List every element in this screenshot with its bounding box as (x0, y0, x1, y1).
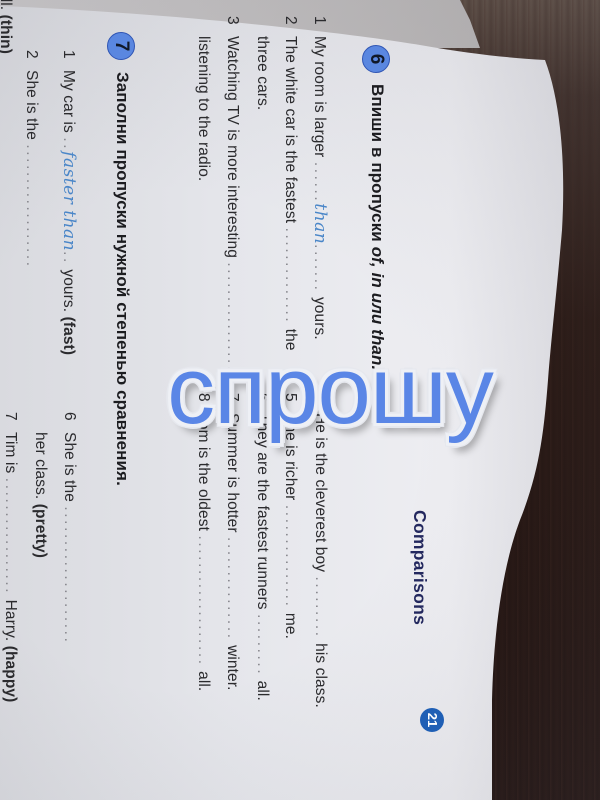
exercise-7-instruction: Заполни пропуски нужной степенью сравнен… (113, 72, 131, 486)
answer-field[interactable]: than (310, 203, 330, 244)
exercise-7-item-2: 2She is the .................. (22, 50, 40, 269)
exercise-7-badge: 7 (107, 32, 135, 60)
answer-field[interactable]: .................. (23, 144, 40, 268)
answer-field[interactable]: ......... (312, 577, 329, 639)
exercise-6-item-2: 2The white car is the fastest ..........… (281, 16, 299, 351)
answer-field[interactable]: .............. (282, 228, 299, 325)
exercise-6-item-3-continuation: listening to the radio. (194, 36, 212, 181)
exercise-6-item-1: 1My room is larger ......than....... you… (310, 16, 329, 340)
answer-field[interactable]: ................. (2, 478, 19, 595)
exercise-6-item-2-continuation: three cars. (253, 36, 271, 110)
exercise-6-badge: 6 (362, 45, 390, 73)
exercise-7-item-7: 7Tim is ................. Harry. (happy) (1, 412, 19, 702)
sticker-text: спрошу (167, 343, 493, 438)
exercise-7-item-6-continuation: her class. (pretty) (31, 432, 49, 558)
answer-field[interactable]: .................... (61, 506, 78, 644)
answer-field[interactable]: faster than (59, 151, 79, 251)
page-number-badge: 21 (420, 708, 444, 732)
exercise-7-item-2-continuation: all. (thin) (0, 0, 14, 54)
answer-field[interactable]: ......... (254, 614, 271, 676)
sticker-overlay: спрошу (135, 343, 525, 438)
answer-field[interactable]: ................... (195, 535, 212, 666)
instruction-text: Впиши в пропуски (368, 84, 387, 247)
answer-field[interactable]: ............... (224, 537, 241, 641)
exercise-7-item-6: 6She is the .................... (60, 412, 78, 645)
exercise-6-instruction: Впиши в пропуски of, in или than. (368, 84, 386, 370)
section-title: Comparisons (409, 510, 430, 625)
answer-field[interactable]: ............... (282, 505, 299, 609)
exercise-7-item-1: 1My car is ..faster than.. yours. (fast) (59, 50, 78, 355)
